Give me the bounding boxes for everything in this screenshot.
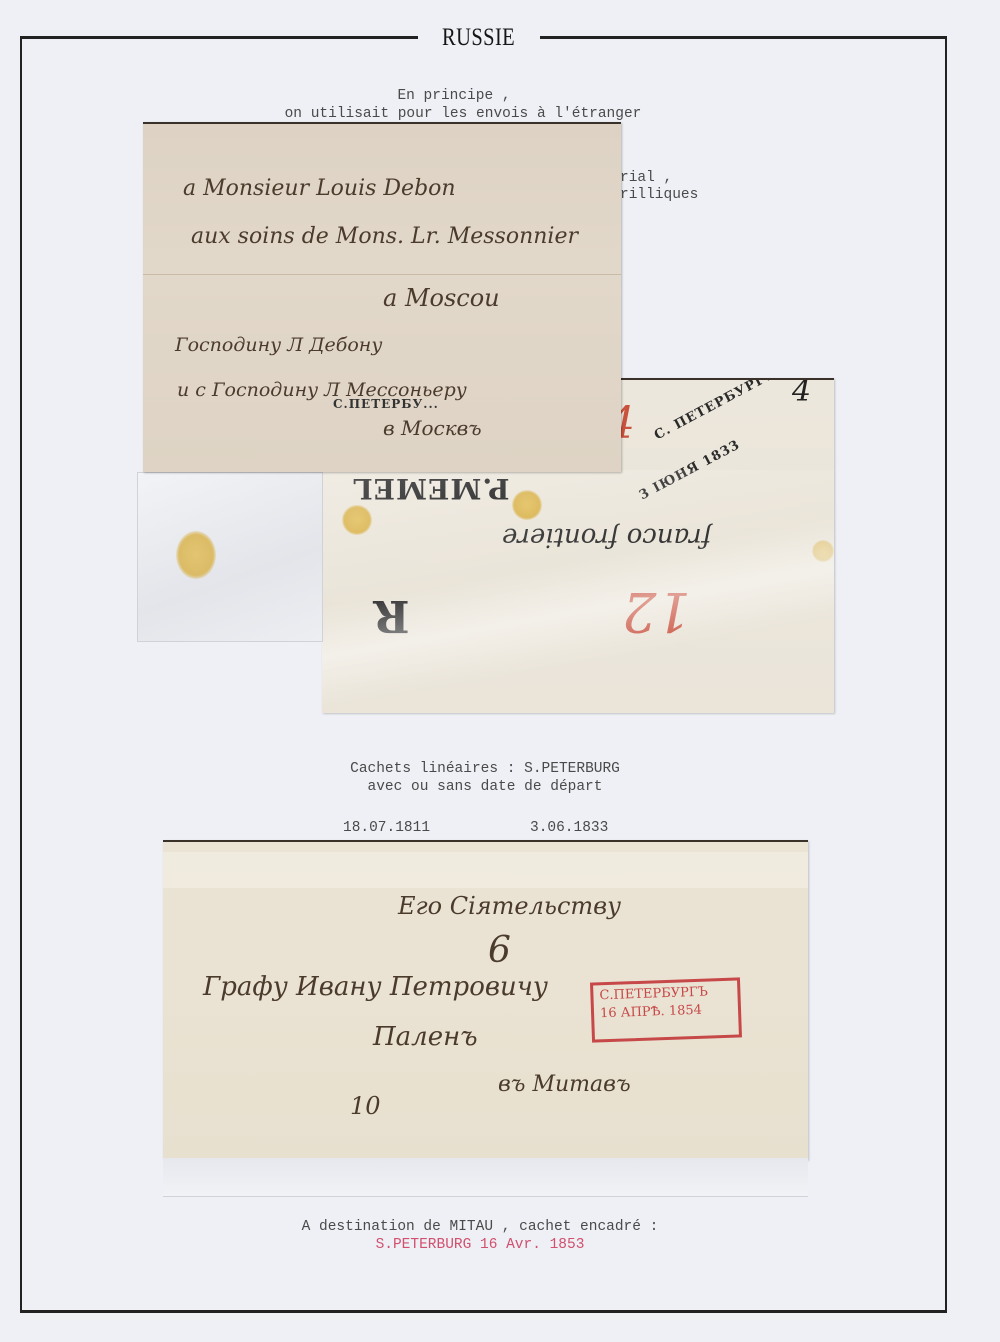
red-rate-mark-bottom: 12 [622,580,691,643]
envelope-address-line-4: въ Митавъ [498,1072,631,1097]
page-title-wrap: RUSSIE [418,22,540,54]
paper-fold [143,274,621,275]
caption-1-line-2: avec ou sans date de départ [300,779,670,795]
envelope-address-line-1: Его Сіятельству [398,892,621,920]
red-cachet-line-2: 16 АПРѢ. 1854 [600,1001,733,1024]
intro-line-2: on utilisait pour les envois à l'étrange… [248,106,678,122]
registered-r-mark: R [372,590,410,641]
envelope-flap-band [163,852,808,888]
caption-1-date-right: 3.06.1833 [530,820,608,836]
envelope-mitau: Его Сіятельству 6 Графу Ивану Петровичу … [163,840,808,1160]
caption-2-line-1: A destination de MITAU , cachet encadré … [250,1219,710,1235]
address-line-1: a Monsieur Louis Debon [183,176,456,201]
plastic-sleeve-bottom [163,1158,808,1197]
address-line-4: Господину Л Дебону [175,334,382,356]
envelope-address-line-3: Паленъ [373,1022,478,1052]
ink-mark-top: 4 [792,378,811,409]
intro-line-4-fragment: rial , [620,170,672,186]
wax-seal-remnant [176,531,216,579]
caption-1-line-1: Cachets linéaires : S.PETERBURG [300,761,670,777]
wax-seal [342,505,372,535]
wax-seal [812,540,834,562]
page-title: RUSSIE [442,22,515,54]
envelope-number-mark: 6 [488,930,511,971]
postmark-line-1: С. ПЕТЕРБУРГЪ [652,378,780,443]
red-framed-cachet: С.ПЕТЕРБУРГЪ 16 АПРѢ. 1854 [590,977,742,1042]
inverted-address-script: franco frontiere [502,522,711,552]
linear-postmark: С.ПЕТЕРБУ... [333,397,439,411]
memel-cachet: P.MEMEL [352,472,510,505]
caption-2-line-2: S.PETERBURG 16 Avr. 1853 [250,1237,710,1253]
address-line-2: aux soins de Mons. Lr. Messonnier [191,224,578,249]
envelope-address-line-2: Графу Ивану Петровичу [203,972,548,1002]
postmark-line-2: 3 ІЮНЯ 1833 [637,437,743,503]
intro-line-1: En principe , [324,88,584,104]
plastic-sleeve-left [137,472,323,642]
envelope-rate-mark: 10 [350,1092,381,1120]
cover-letter-moscou: a Monsieur Louis Debon aux soins de Mons… [143,122,621,472]
wax-seal [512,490,542,520]
caption-1-date-left: 18.07.1811 [343,820,430,836]
address-line-6: в Москвъ [383,416,482,440]
address-line-3: a Moscou [383,284,500,312]
intro-line-5-fragment: rilliques [620,187,698,203]
